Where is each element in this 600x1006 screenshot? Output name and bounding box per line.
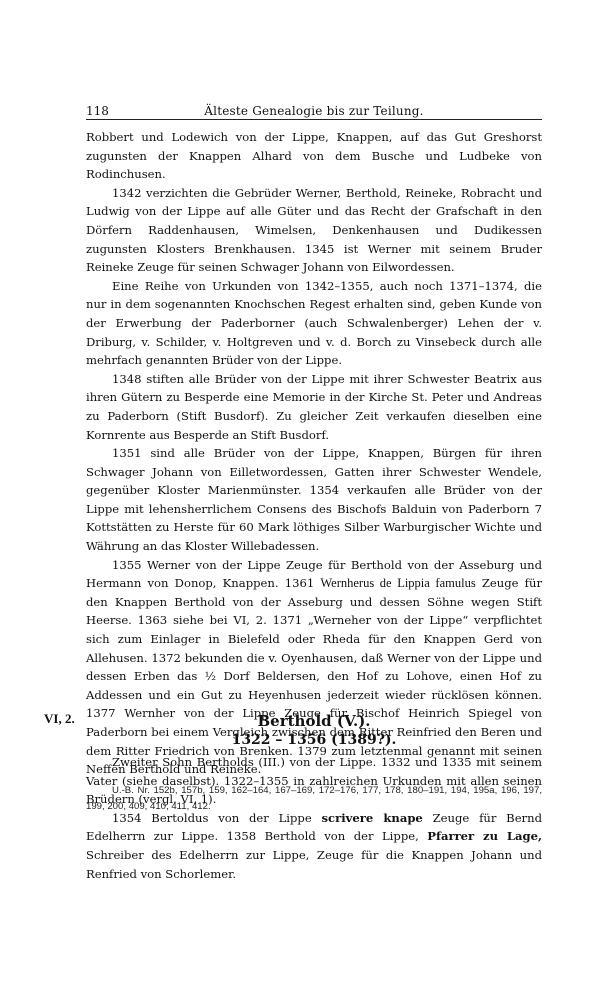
text-run: 1354 Bertoldus von der Lippe: [112, 811, 322, 825]
paragraph-1348: 1348 stiften alle Brüder von der Lippe m…: [86, 370, 542, 444]
emphasis-pfarrer: Pfarrer zu Lage,: [427, 829, 542, 843]
paragraph-urkunden: Eine Reihe von Urkunden von 1342–1355, a…: [86, 277, 542, 370]
section-berthold: Berthold (V.). 1322 – 1356 (1389?). Zwei…: [86, 712, 542, 883]
section-title: Berthold (V.).: [86, 712, 542, 731]
paragraph-continuation: Robbert und Lodewich von der Lippe, Knap…: [86, 128, 542, 184]
running-title: Älteste Genealogie bis zur Teilung.: [86, 103, 542, 119]
paragraph-1351: 1351 sind alle Brüder von der Lippe, Kna…: [86, 444, 542, 556]
document-page: 118 Älteste Genealogie bis zur Teilung. …: [0, 0, 600, 1006]
section-dates: 1322 – 1356 (1389?).: [86, 731, 542, 749]
paragraph-1342: 1342 verzichten die Gebrüder Werner, Ber…: [86, 184, 542, 277]
genealogy-margin-label: VI, 2.: [44, 711, 75, 727]
paragraph-zweiter-sohn: Zweiter Sohn Bertholds (III.) von der Li…: [86, 753, 542, 809]
latin-quote: Wernherus de Lippia famulus: [320, 576, 475, 590]
running-header: 118 Älteste Genealogie bis zur Teilung.: [86, 103, 542, 120]
emphasis-scrivere-knape: scrivere knape: [322, 811, 423, 825]
paragraph-1354: 1354 Bertoldus von der Lippe scrivere kn…: [86, 809, 542, 883]
text-run: Schreiber des Edelherrn zur Lippe, Zeuge…: [86, 848, 542, 881]
